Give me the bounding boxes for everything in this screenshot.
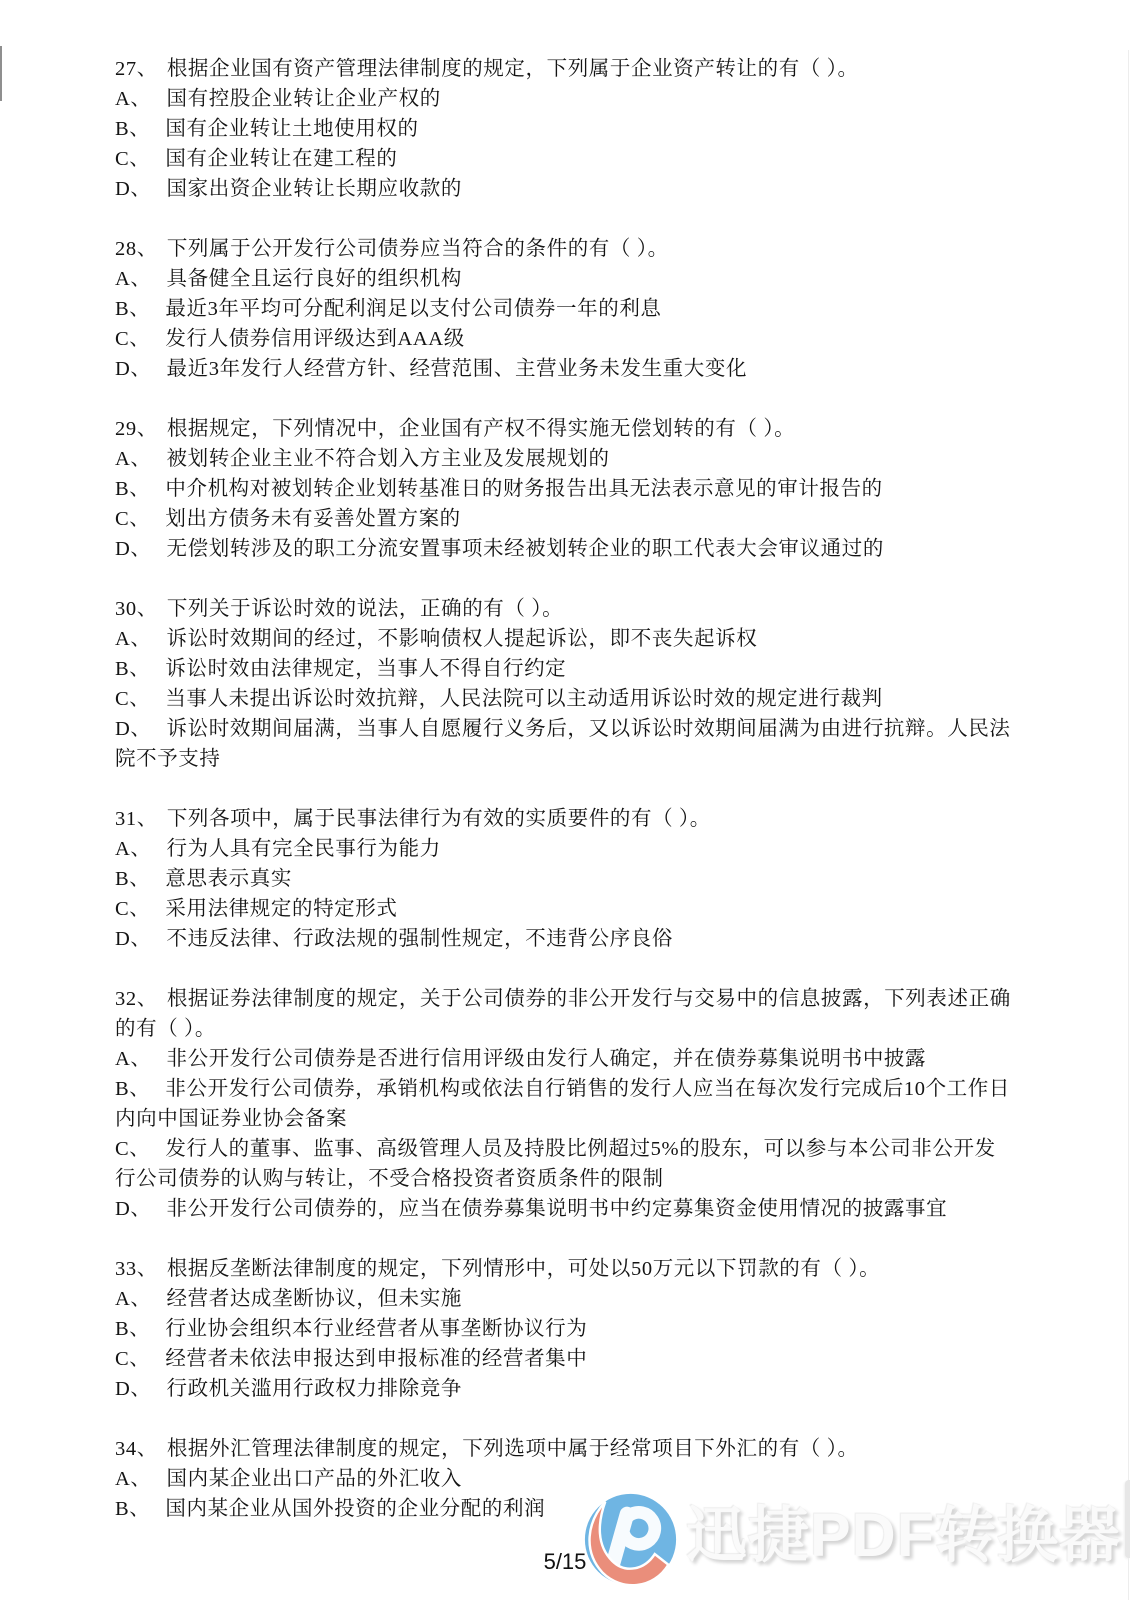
option-line: B、中介机构对被划转企业划转基准日的财务报告出具无法表示意见的审计报告的 [115, 474, 1012, 504]
option-label: D、 [115, 718, 152, 740]
option-line: D、诉讼时效期间届满，当事人自愿履行义务后，又以诉讼时效期间届满为由进行抗辩。人… [115, 714, 1012, 774]
option-line: D、不违反法律、行政法规的强制性规定，不违背公序良俗 [115, 924, 1012, 954]
question-stem-text: 下列属于公开发行公司债券应当符合的条件的有（ ）。 [167, 238, 669, 260]
option-text: 国家出资企业转让长期应收款的 [167, 178, 462, 200]
option-text: 意思表示真实 [165, 868, 292, 890]
question-stem: 32、根据证券法律制度的规定，关于公司债券的非公开发行与交易中的信息披露，下列表… [115, 984, 1012, 1044]
option-label: B、 [115, 1078, 150, 1100]
option-label: C、 [115, 1348, 150, 1370]
option-text: 行业协会组织本行业经营者从事垄断协议行为 [165, 1318, 587, 1340]
option-label: A、 [115, 1048, 152, 1070]
option-line: D、最近3年发行人经营方针、经营范围、主营业务未发生重大变化 [115, 354, 1012, 384]
question-stem-text: 根据证券法律制度的规定，关于公司债券的非公开发行与交易中的信息披露，下列表述正确… [115, 988, 1011, 1040]
option-label: A、 [115, 628, 152, 650]
option-text: 具备健全且运行良好的组织机构 [167, 268, 462, 290]
option-text: 非公开发行公司债券是否进行信用评级由发行人确定，并在债券募集说明书中披露 [167, 1048, 927, 1070]
option-label: D、 [115, 358, 152, 380]
option-text: 发行人的董事、监事、高级管理人员及持股比例超过5%的股东，可以参与本公司非公开发… [115, 1138, 996, 1190]
option-line: C、划出方债务未有妥善处置方案的 [115, 504, 1012, 534]
question-number: 33、 [115, 1258, 158, 1280]
option-text: 最近3年平均可分配利润足以支付公司债券一年的利息 [165, 298, 661, 320]
option-label: B、 [115, 118, 150, 140]
page-number: 5/15 [0, 1549, 1130, 1575]
option-label: A、 [115, 838, 152, 860]
option-line: D、非公开发行公司债券的，应当在债券募集说明书中约定募集资金使用情况的披露事宜 [115, 1194, 1012, 1224]
option-label: B、 [115, 298, 150, 320]
option-label: C、 [115, 1138, 150, 1160]
question-33: 33、根据反垄断法律制度的规定，下列情形中，可处以50万元以下罚款的有（ ）。 … [115, 1254, 1012, 1404]
option-line: C、发行人的董事、监事、高级管理人员及持股比例超过5%的股东，可以参与本公司非公… [115, 1134, 1012, 1194]
exam-page-body: 27、根据企业国有资产管理法律制度的规定，下列属于企业资产转让的有（ ）。 A、… [115, 54, 1012, 1554]
option-label: C、 [115, 508, 150, 530]
question-31: 31、下列各项中，属于民事法律行为有效的实质要件的有（ ）。 A、行为人具有完全… [115, 804, 1012, 954]
option-line: C、国有企业转让在建工程的 [115, 144, 1012, 174]
option-text: 国有控股企业转让企业产权的 [167, 88, 441, 110]
option-line: B、国有企业转让土地使用权的 [115, 114, 1012, 144]
option-text: 划出方债务未有妥善处置方案的 [165, 508, 460, 530]
option-line: B、意思表示真实 [115, 864, 1012, 894]
question-stem-text: 下列关于诉讼时效的说法，正确的有（ ）。 [167, 598, 563, 620]
option-label: D、 [115, 928, 152, 950]
option-line: B、诉讼时效由法律规定，当事人不得自行约定 [115, 654, 1012, 684]
option-line: B、最近3年平均可分配利润足以支付公司债券一年的利息 [115, 294, 1012, 324]
option-label: A、 [115, 268, 152, 290]
option-text: 国有企业转让土地使用权的 [165, 118, 418, 140]
option-line: A、被划转企业主业不符合划入方主业及发展规划的 [115, 444, 1012, 474]
option-text: 经营者达成垄断协议，但未实施 [167, 1288, 462, 1310]
option-label: C、 [115, 328, 150, 350]
option-text: 行为人具有完全民事行为能力 [167, 838, 441, 860]
question-27: 27、根据企业国有资产管理法律制度的规定，下列属于企业资产转让的有（ ）。 A、… [115, 54, 1012, 204]
option-text: 最近3年发行人经营方针、经营范围、主营业务未发生重大变化 [167, 358, 748, 380]
option-label: B、 [115, 478, 150, 500]
option-label: B、 [115, 1318, 150, 1340]
page-left-edge-mark [0, 46, 2, 101]
question-32: 32、根据证券法律制度的规定，关于公司债券的非公开发行与交易中的信息披露，下列表… [115, 984, 1012, 1224]
option-label: D、 [115, 178, 152, 200]
question-stem-text: 根据规定，下列情况中，企业国有产权不得实施无偿划转的有（ ）。 [167, 418, 795, 440]
question-stem-text: 根据反垄断法律制度的规定，下列情形中，可处以50万元以下罚款的有（ ）。 [167, 1258, 880, 1280]
question-stem: 31、下列各项中，属于民事法律行为有效的实质要件的有（ ）。 [115, 804, 1012, 834]
question-number: 31、 [115, 808, 158, 830]
question-stem-text: 根据企业国有资产管理法律制度的规定，下列属于企业资产转让的有（ ）。 [167, 58, 859, 80]
option-line: D、国家出资企业转让长期应收款的 [115, 174, 1012, 204]
question-number: 34、 [115, 1438, 158, 1460]
option-text: 行政机关滥用行政权力排除竞争 [167, 1378, 462, 1400]
option-label: B、 [115, 658, 150, 680]
option-label: D、 [115, 538, 152, 560]
option-label: C、 [115, 898, 150, 920]
option-line: A、国有控股企业转让企业产权的 [115, 84, 1012, 114]
option-line: A、诉讼时效期间的经过，不影响债权人提起诉讼，即不丧失起诉权 [115, 624, 1012, 654]
option-label: A、 [115, 448, 152, 470]
option-label: A、 [115, 88, 152, 110]
option-text: 发行人债券信用评级达到AAA级 [165, 328, 464, 350]
question-number: 32、 [115, 988, 158, 1010]
option-text: 诉讼时效由法律规定，当事人不得自行约定 [165, 658, 566, 680]
option-text: 诉讼时效期间届满，当事人自愿履行义务后，又以诉讼时效期间届满为由进行抗辩。人民法… [115, 718, 1011, 770]
option-label: A、 [115, 1468, 152, 1490]
option-text: 不违反法律、行政法规的强制性规定，不违背公序良俗 [167, 928, 673, 950]
option-label: C、 [115, 688, 150, 710]
option-text: 采用法律规定的特定形式 [165, 898, 397, 920]
option-line: B、非公开发行公司债券，承销机构或依法自行销售的发行人应当在每次发行完成后10个… [115, 1074, 1012, 1134]
option-text: 非公开发行公司债券，承销机构或依法自行销售的发行人应当在每次发行完成后10个工作… [115, 1078, 1010, 1130]
question-stem: 33、根据反垄断法律制度的规定，下列情形中，可处以50万元以下罚款的有（ ）。 [115, 1254, 1012, 1284]
option-label: C、 [115, 148, 150, 170]
option-line: A、经营者达成垄断协议，但未实施 [115, 1284, 1012, 1314]
question-stem: 30、下列关于诉讼时效的说法，正确的有（ ）。 [115, 594, 1012, 624]
question-28: 28、下列属于公开发行公司债券应当符合的条件的有（ ）。 A、具备健全且运行良好… [115, 234, 1012, 384]
option-text: 无偿划转涉及的职工分流安置事项未经被划转企业的职工代表大会审议通过的 [167, 538, 884, 560]
option-line: C、经营者未依法申报达到申报标准的经营者集中 [115, 1344, 1012, 1374]
option-text: 中介机构对被划转企业划转基准日的财务报告出具无法表示意见的审计报告的 [165, 478, 882, 500]
option-line: C、当事人未提出诉讼时效抗辩，人民法院可以主动适用诉讼时效的规定进行裁判 [115, 684, 1012, 714]
question-29: 29、根据规定，下列情况中，企业国有产权不得实施无偿划转的有（ ）。 A、被划转… [115, 414, 1012, 564]
question-number: 29、 [115, 418, 158, 440]
option-text: 国有企业转让在建工程的 [165, 148, 397, 170]
option-text: 诉讼时效期间的经过，不影响债权人提起诉讼，即不丧失起诉权 [167, 628, 758, 650]
option-text: 当事人未提出诉讼时效抗辩，人民法院可以主动适用诉讼时效的规定进行裁判 [165, 688, 882, 710]
option-label: D、 [115, 1198, 152, 1220]
option-line: A、行为人具有完全民事行为能力 [115, 834, 1012, 864]
question-stem: 34、根据外汇管理法律制度的规定，下列选项中属于经常项目下外汇的有（ ）。 [115, 1434, 1012, 1464]
question-number: 27、 [115, 58, 158, 80]
question-30: 30、下列关于诉讼时效的说法，正确的有（ ）。 A、诉讼时效期间的经过，不影响债… [115, 594, 1012, 774]
question-stem: 27、根据企业国有资产管理法律制度的规定，下列属于企业资产转让的有（ ）。 [115, 54, 1012, 84]
option-label: A、 [115, 1288, 152, 1310]
question-stem: 29、根据规定，下列情况中，企业国有产权不得实施无偿划转的有（ ）。 [115, 414, 1012, 444]
question-stem-text: 根据外汇管理法律制度的规定，下列选项中属于经常项目下外汇的有（ ）。 [167, 1438, 859, 1460]
page-right-edge-line [1128, 50, 1129, 1600]
option-text: 国内某企业出口产品的外汇收入 [167, 1468, 462, 1490]
question-stem-text: 下列各项中，属于民事法律行为有效的实质要件的有（ ）。 [167, 808, 711, 830]
option-label: B、 [115, 868, 150, 890]
option-text: 非公开发行公司债券的，应当在债券募集说明书中约定募集资金使用情况的披露事宜 [167, 1198, 948, 1220]
option-text: 国内某企业从国外投资的企业分配的利润 [165, 1498, 545, 1520]
option-text: 被划转企业主业不符合划入方主业及发展规划的 [167, 448, 610, 470]
option-line: A、非公开发行公司债券是否进行信用评级由发行人确定，并在债券募集说明书中披露 [115, 1044, 1012, 1074]
option-line: A、具备健全且运行良好的组织机构 [115, 264, 1012, 294]
question-number: 30、 [115, 598, 158, 620]
question-number: 28、 [115, 238, 158, 260]
option-line: C、发行人债券信用评级达到AAA级 [115, 324, 1012, 354]
option-line: B、行业协会组织本行业经营者从事垄断协议行为 [115, 1314, 1012, 1344]
watermark-fragment-right-edge [1125, 1480, 1130, 1558]
option-line: D、行政机关滥用行政权力排除竞争 [115, 1374, 1012, 1404]
question-stem: 28、下列属于公开发行公司债券应当符合的条件的有（ ）。 [115, 234, 1012, 264]
option-label: D、 [115, 1378, 152, 1400]
option-text: 经营者未依法申报达到申报标准的经营者集中 [165, 1348, 587, 1370]
option-line: D、无偿划转涉及的职工分流安置事项未经被划转企业的职工代表大会审议通过的 [115, 534, 1012, 564]
option-label: B、 [115, 1498, 150, 1520]
option-line: C、采用法律规定的特定形式 [115, 894, 1012, 924]
